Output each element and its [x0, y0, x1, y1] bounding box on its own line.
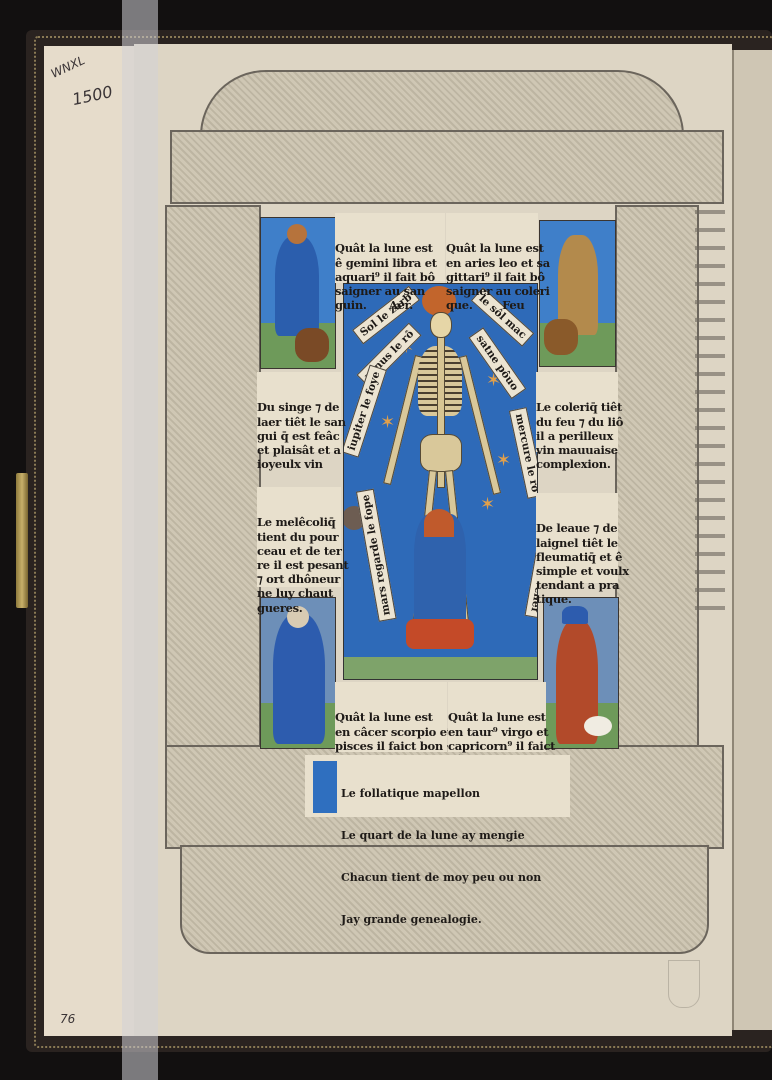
blue-initial: [313, 761, 337, 813]
facing-page-edge: [732, 50, 772, 1030]
scroll-banner: mars regarde le fope: [356, 488, 397, 622]
verse-panel: Le follatique mapellon Le quart de la lu…: [305, 755, 570, 817]
star-icon: ✶: [480, 496, 495, 514]
text-block-melancholic: Le melêcoliq̄tient du pourceau et de ter…: [257, 487, 341, 587]
scroll-banner: mercure le rô: [509, 407, 538, 499]
text-block-top-right: Quât la lune esten aries leo et sagittar…: [446, 213, 538, 283]
hanging-ornament: [695, 210, 725, 610]
right-column: [615, 205, 699, 749]
star-icon: ✶: [380, 414, 395, 432]
sanguine-illustration: [260, 217, 336, 369]
text-block-sanguine: Du singe ⁊ delaer tiêt le sangui q̄ est …: [257, 372, 341, 452]
text-block-choleric: Le coleriq̄ tiêtdu feu ⁊ du liôil a peri…: [536, 372, 618, 452]
verse-line: Jay grande genealogie.: [341, 913, 541, 927]
star-icon: ✶: [496, 452, 511, 470]
scroll-banner: iupiter le foye: [343, 364, 387, 457]
measuring-strip: [122, 0, 158, 1080]
ornamental-arch: [200, 70, 684, 136]
text-block-top-left: Quât la lune estê gemini libra etaquari⁹…: [335, 213, 445, 283]
library-stamp: [668, 960, 700, 1008]
text-block-phlegmatic: De leaue ⁊ delaignel tiêt lefleumatiq̄ e…: [536, 493, 618, 583]
verse-line: Le follatique mapellon: [341, 787, 541, 801]
book-clasp: [16, 473, 28, 608]
verse-line: Le quart de la lune ay mengie: [341, 829, 541, 843]
ornamental-lintel: [170, 130, 724, 204]
corner-note: 76: [60, 1012, 75, 1026]
flyleaf: [44, 46, 134, 1036]
text-block-bottom-right: Quât la lune esten taur⁹ virgo etcaprico…: [448, 682, 546, 752]
left-column: [165, 205, 261, 749]
skeleton-zodiac-scene: ✶ ✶ ✶ ✶ ✶ Sol le zarb le sôl mac venus l…: [343, 283, 538, 680]
verse-line: Chacun tient de moy peu ou non: [341, 871, 541, 885]
choleric-illustration: [539, 220, 616, 367]
text-block-bottom-left: Quât la lune esten câcer scorpio etpisce…: [335, 682, 447, 752]
